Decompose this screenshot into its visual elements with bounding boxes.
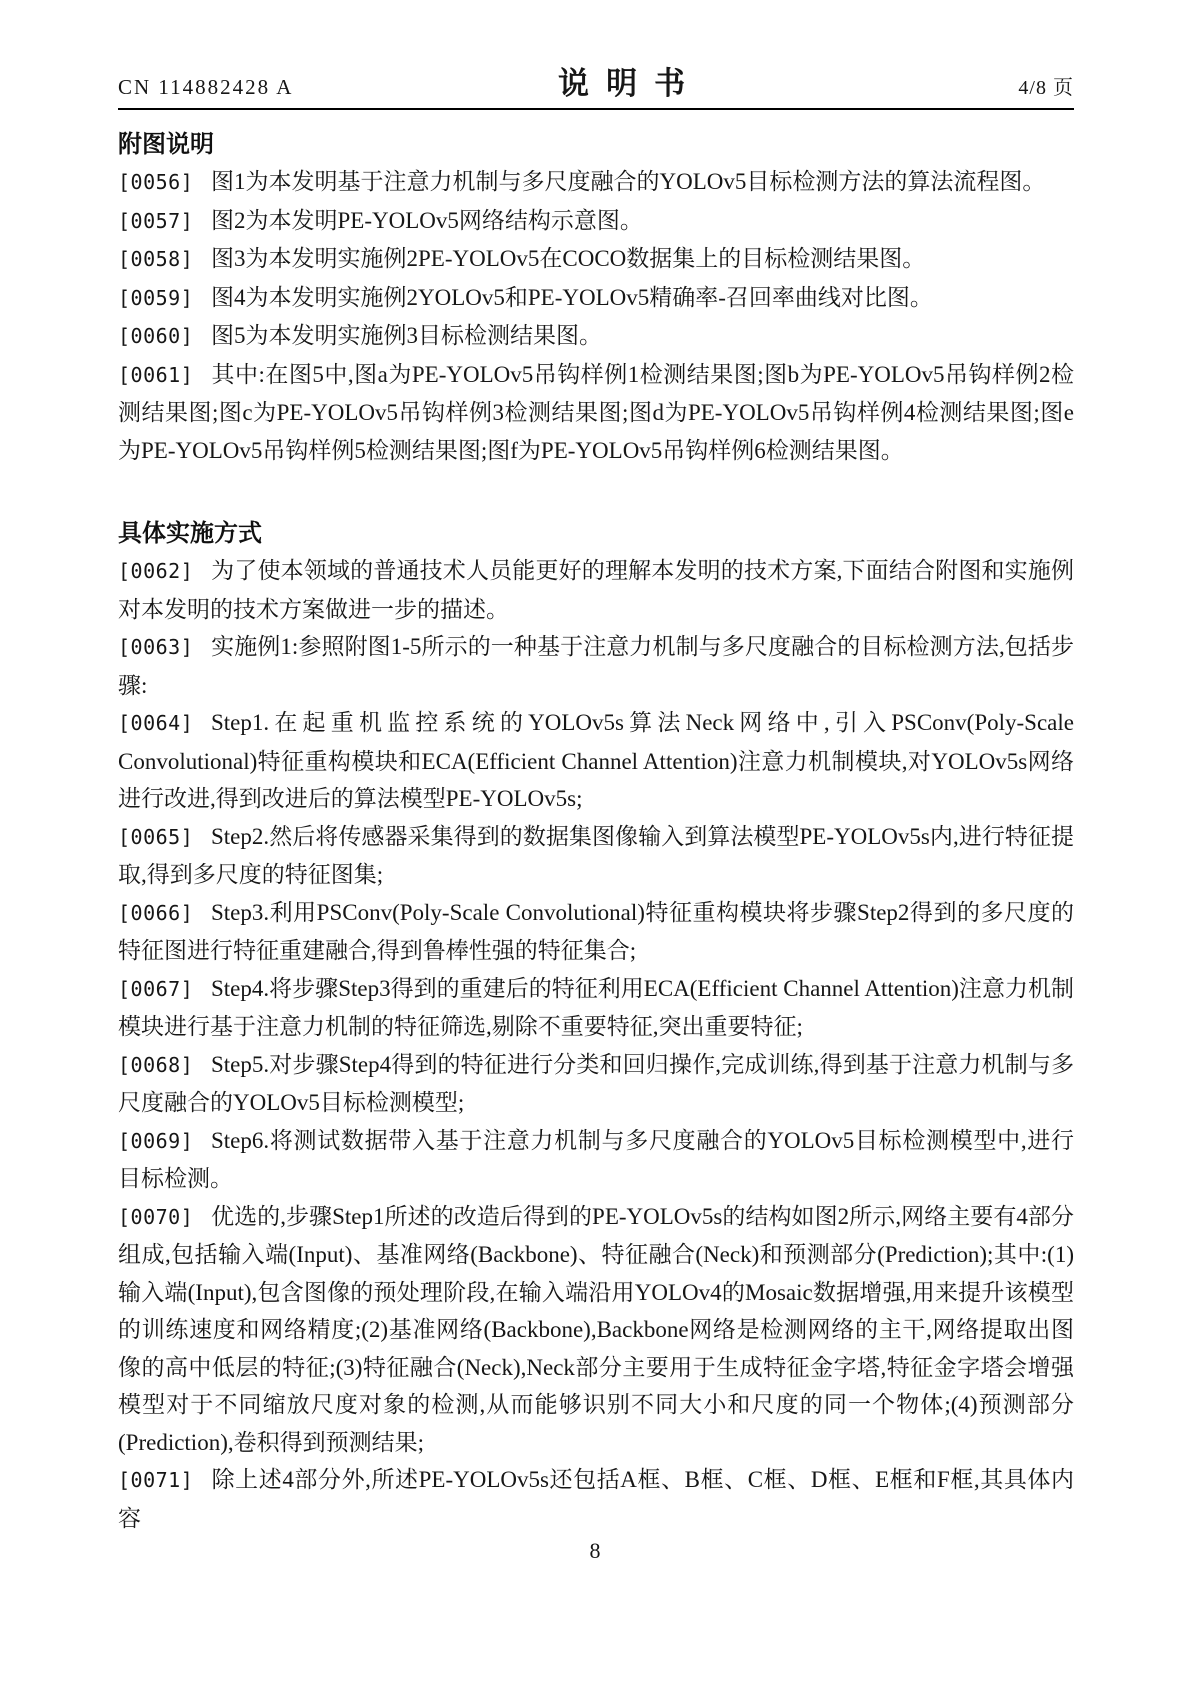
paragraph-number: [0056]	[118, 164, 211, 202]
numbered-paragraph: [0066]Step3.利用PSConv(Poly-Scale Convolut…	[118, 894, 1074, 970]
paragraph-number: [0071]	[118, 1462, 211, 1500]
numbered-paragraph: [0058]图3为本发明实施例2PE-YOLOv5在COCO数据集上的目标检测结…	[118, 240, 1074, 279]
paragraph-text: 图3为本发明实施例2PE-YOLOv5在COCO数据集上的目标检测结果图。	[211, 246, 925, 271]
paragraph-text: Step3.利用PSConv(Poly-Scale Convolutional)…	[118, 900, 1074, 964]
paragraph-number: [0060]	[118, 318, 211, 356]
numbered-paragraph: [0060]图5为本发明实施例3目标检测结果图。	[118, 317, 1074, 356]
paragraph-list: [0062]为了使本领域的普通技术人员能更好的理解本发明的技术方案,下面结合附图…	[118, 552, 1074, 1537]
paragraph-text: Step6.将测试数据带入基于注意力机制与多尺度融合的YOLOv5目标检测模型中…	[118, 1128, 1074, 1192]
paragraph-number: [0064]	[118, 705, 211, 743]
paragraph-text: 优选的,步骤Step1所述的改造后得到的PE-YOLOv5s的结构如图2所示,网…	[118, 1204, 1074, 1455]
page-number: 8	[590, 1538, 601, 1563]
numbered-paragraph: [0071]除上述4部分外,所述PE-YOLOv5s还包括A框、B框、C框、D框…	[118, 1461, 1074, 1537]
paragraph-number: [0062]	[118, 553, 211, 591]
numbered-paragraph: [0067]Step4.将步骤Step3得到的重建后的特征利用ECA(Effic…	[118, 970, 1074, 1046]
numbered-paragraph: [0062]为了使本领域的普通技术人员能更好的理解本发明的技术方案,下面结合附图…	[118, 552, 1074, 628]
document-number: CN 114882428 A	[118, 75, 293, 100]
document-title: 说明书	[550, 58, 703, 103]
numbered-paragraph: [0061]其中:在图5中,图a为PE-YOLOv5吊钩样例1检测结果图;图b为…	[118, 356, 1074, 470]
paragraph-number: [0065]	[118, 819, 211, 857]
paragraph-number: [0059]	[118, 280, 211, 318]
paragraph-number: [0057]	[118, 203, 211, 241]
paragraph-number: [0058]	[118, 241, 211, 279]
paragraph-text: Step1.在起重机监控系统的YOLOv5s算法Neck网络中,引入PSConv…	[118, 710, 1074, 811]
document-body: 附图说明 [0056]图1为本发明基于注意力机制与多尺度融合的YOLOv5目标检…	[118, 118, 1074, 1537]
section-heading-detailed-implementation: 具体实施方式	[118, 515, 1074, 552]
numbered-paragraph: [0063]实施例1:参照附图1-5所示的一种基于注意力机制与多尺度融合的目标检…	[118, 628, 1074, 704]
paragraph-text: 图5为本发明实施例3目标检测结果图。	[211, 323, 602, 348]
paragraph-list: [0056]图1为本发明基于注意力机制与多尺度融合的YOLOv5目标检测方法的算…	[118, 163, 1074, 469]
section-heading-figure-descriptions: 附图说明	[118, 126, 1074, 163]
paragraph-number: [0066]	[118, 895, 211, 933]
numbered-paragraph: [0059]图4为本发明实施例2YOLOv5和PE-YOLOv5精确率-召回率曲…	[118, 279, 1074, 318]
paragraph-number: [0067]	[118, 971, 211, 1009]
paragraph-text: 除上述4部分外,所述PE-YOLOv5s还包括A框、B框、C框、D框、E框和F框…	[118, 1467, 1074, 1531]
section-detailed-implementation: 具体实施方式 [0062]为了使本领域的普通技术人员能更好的理解本发明的技术方案…	[118, 515, 1074, 1537]
section-figure-descriptions: 附图说明 [0056]图1为本发明基于注意力机制与多尺度融合的YOLOv5目标检…	[118, 126, 1074, 469]
paragraph-text: Step4.将步骤Step3得到的重建后的特征利用ECA(Efficient C…	[118, 976, 1074, 1040]
page-footer: 8	[0, 1538, 1190, 1564]
paragraph-text: Step2.然后将传感器采集得到的数据集图像输入到算法模型PE-YOLOv5s内…	[118, 824, 1074, 888]
paragraph-text: 图4为本发明实施例2YOLOv5和PE-YOLOv5精确率-召回率曲线对比图。	[211, 285, 933, 310]
page-indicator: 4/8 页	[1018, 71, 1074, 100]
paragraph-text: Step5.对步骤Step4得到的特征进行分类和回归操作,完成训练,得到基于注意…	[118, 1052, 1074, 1116]
numbered-paragraph: [0057]图2为本发明PE-YOLOv5网络结构示意图。	[118, 202, 1074, 241]
paragraph-number: [0070]	[118, 1199, 211, 1237]
paragraph-text: 图2为本发明PE-YOLOv5网络结构示意图。	[211, 208, 643, 233]
paragraph-number: [0069]	[118, 1123, 211, 1161]
paragraph-number: [0063]	[118, 629, 211, 667]
numbered-paragraph: [0069]Step6.将测试数据带入基于注意力机制与多尺度融合的YOLOv5目…	[118, 1122, 1074, 1198]
numbered-paragraph: [0065]Step2.然后将传感器采集得到的数据集图像输入到算法模型PE-YO…	[118, 818, 1074, 894]
paragraph-text: 其中:在图5中,图a为PE-YOLOv5吊钩样例1检测结果图;图b为PE-YOL…	[118, 362, 1074, 463]
page-header: CN 114882428 A 说明书 4/8 页	[118, 58, 1074, 103]
numbered-paragraph: [0068]Step5.对步骤Step4得到的特征进行分类和回归操作,完成训练,…	[118, 1046, 1074, 1122]
patent-specification-page: CN 114882428 A 说明书 4/8 页 附图说明 [0056]图1为本…	[0, 0, 1190, 1684]
numbered-paragraph: [0064]Step1.在起重机监控系统的YOLOv5s算法Neck网络中,引入…	[118, 704, 1074, 818]
numbered-paragraph: [0070]优选的,步骤Step1所述的改造后得到的PE-YOLOv5s的结构如…	[118, 1198, 1074, 1462]
paragraph-number: [0068]	[118, 1047, 211, 1085]
paragraph-text: 为了使本领域的普通技术人员能更好的理解本发明的技术方案,下面结合附图和实施例对本…	[118, 558, 1074, 622]
paragraph-text: 实施例1:参照附图1-5所示的一种基于注意力机制与多尺度融合的目标检测方法,包括…	[118, 634, 1074, 698]
numbered-paragraph: [0056]图1为本发明基于注意力机制与多尺度融合的YOLOv5目标检测方法的算…	[118, 163, 1074, 202]
paragraph-text: 图1为本发明基于注意力机制与多尺度融合的YOLOv5目标检测方法的算法流程图。	[211, 169, 1045, 194]
paragraph-number: [0061]	[118, 357, 211, 395]
header-rule	[118, 108, 1074, 110]
